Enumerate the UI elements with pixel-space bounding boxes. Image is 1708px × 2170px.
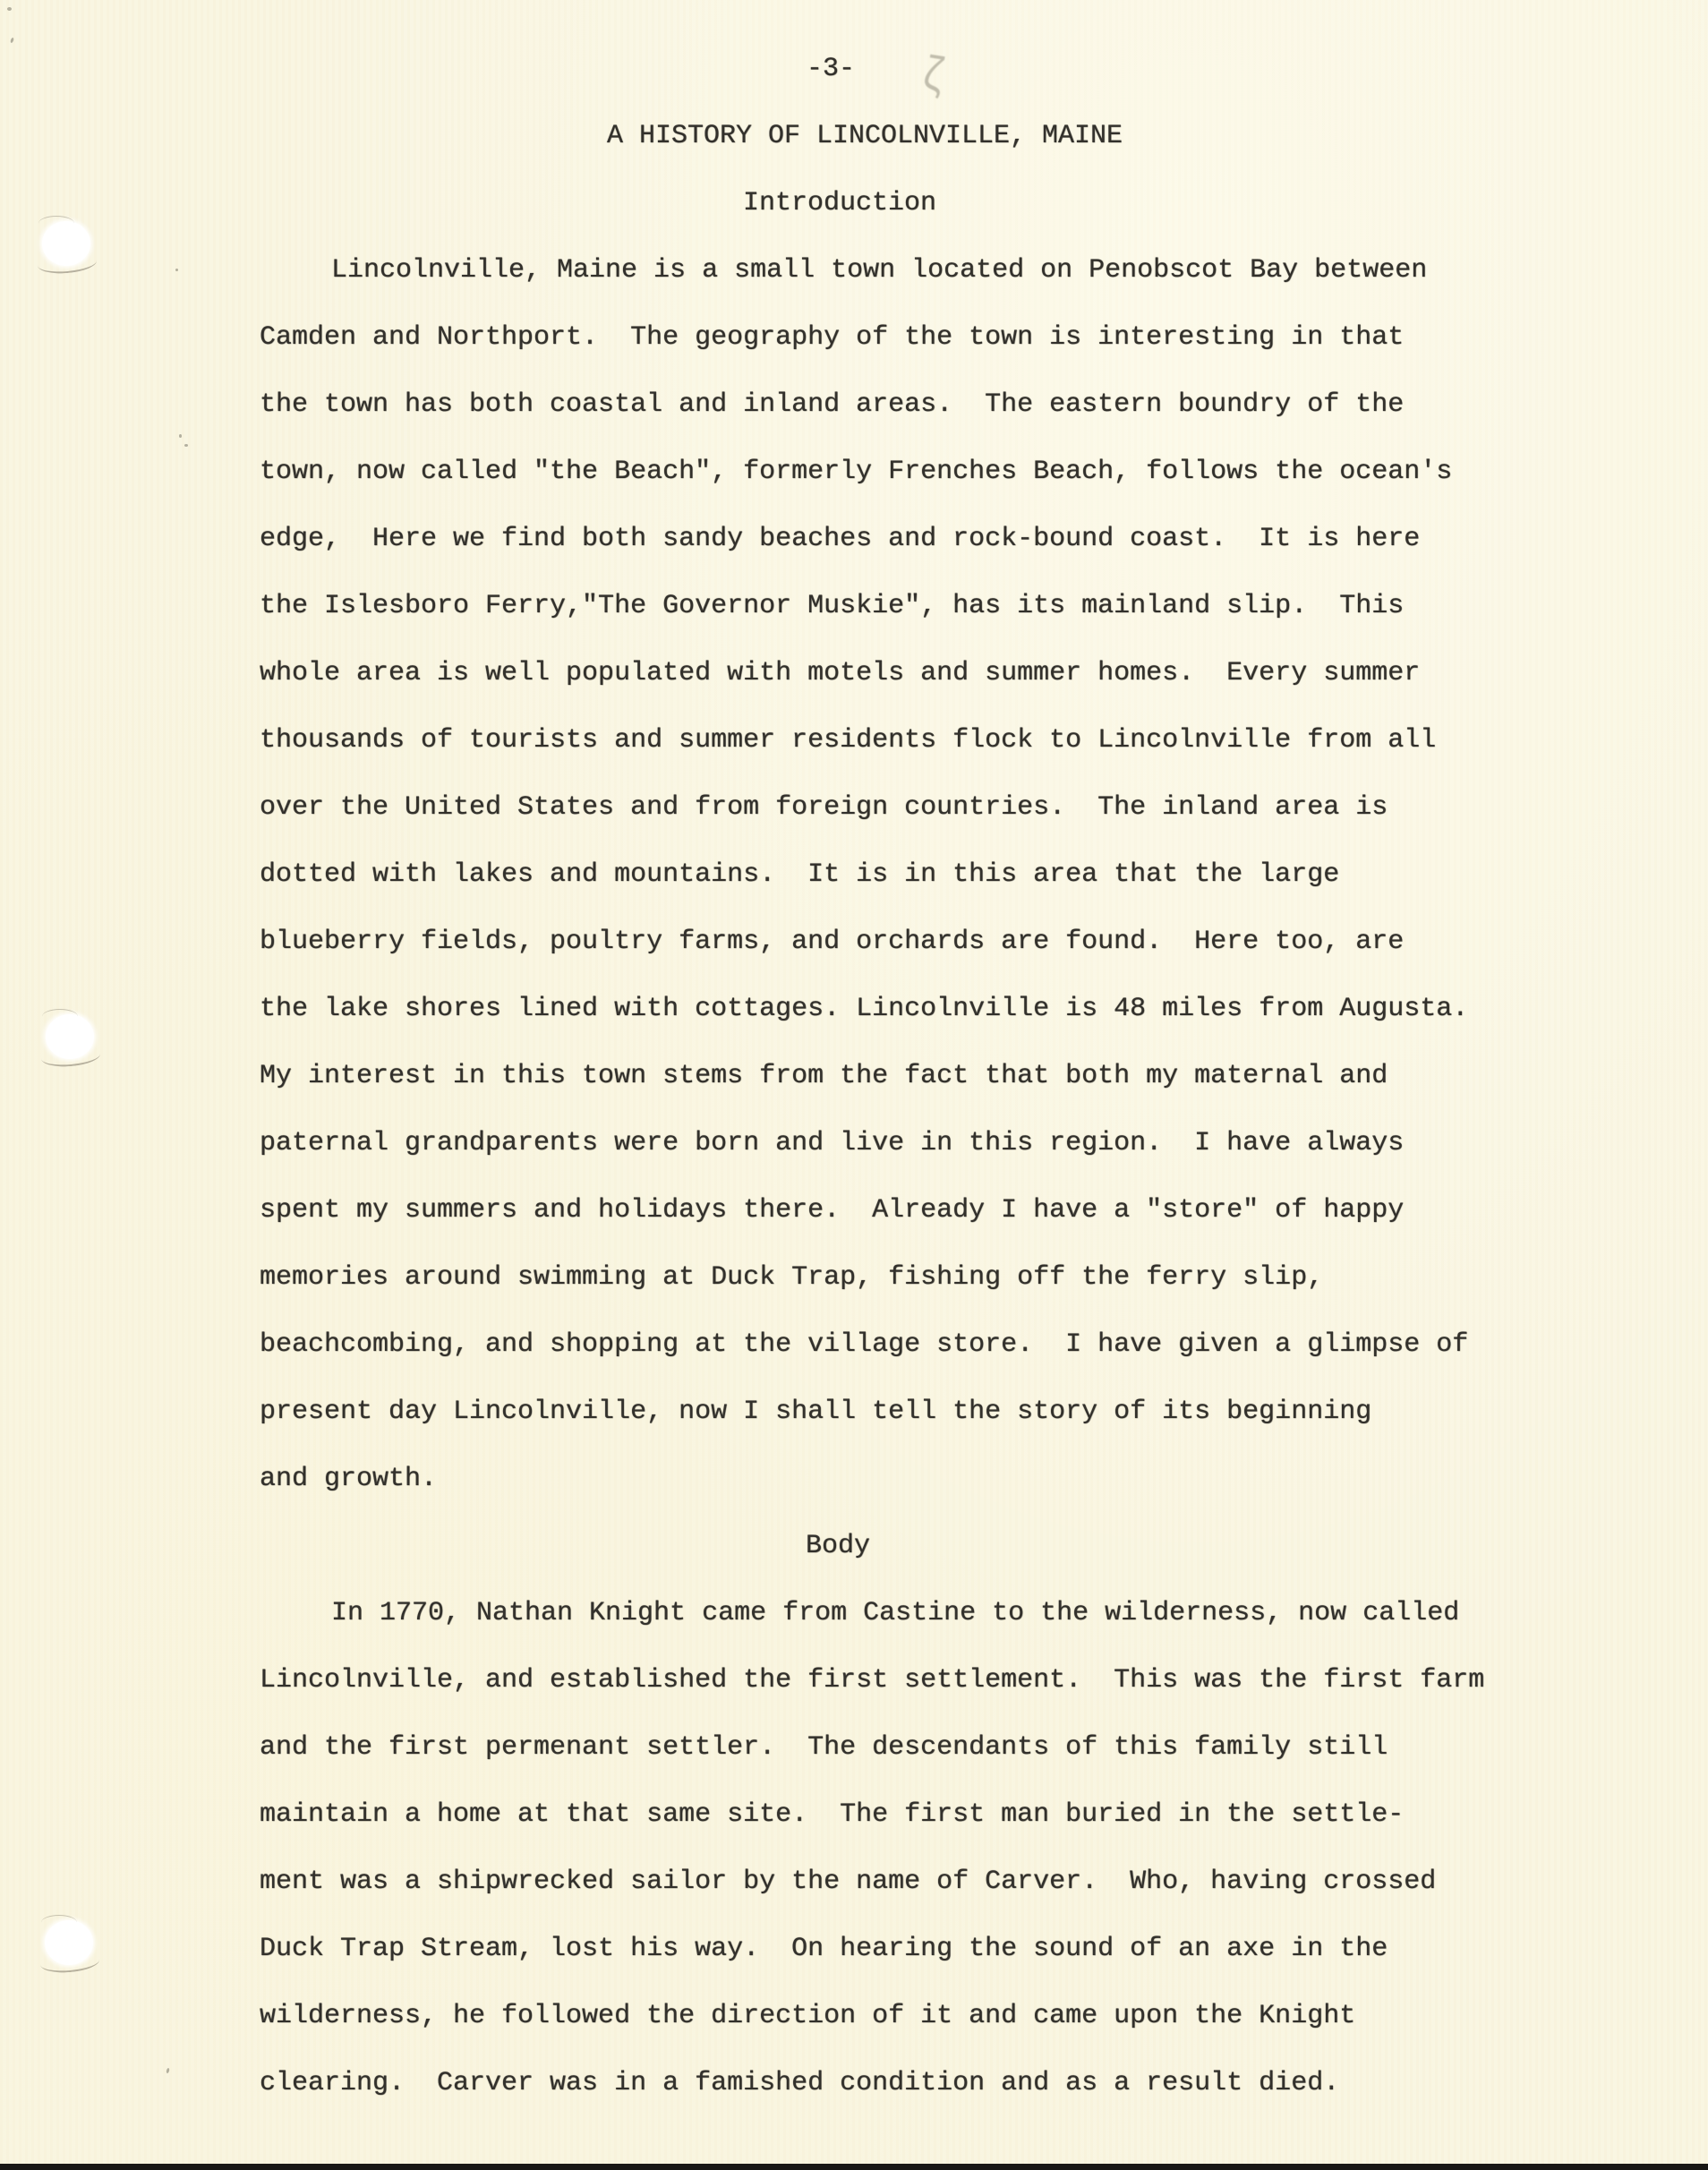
text-line: paternal grandparents were born and live… xyxy=(260,1110,1567,1177)
text-line: the lake shores lined with cottages. Lin… xyxy=(260,976,1567,1043)
text-line: ment was a shipwrecked sailor by the nam… xyxy=(260,1849,1567,1916)
text-line: over the United States and from foreign … xyxy=(260,774,1567,842)
introduction-paragraph: Lincolnville, Maine is a small town loca… xyxy=(260,237,1567,1513)
scanned-document-page: -3- A HISTORY OF LINCOLNVILLE, MAINE Int… xyxy=(0,0,1708,2170)
scan-edge xyxy=(0,2164,1708,2170)
text-line: whole area is well populated with motels… xyxy=(260,640,1567,707)
dust-speck xyxy=(166,2068,169,2074)
section-heading-introduction: Introduction xyxy=(0,170,1694,237)
text-line: the Islesboro Ferry,"The Governor Muskie… xyxy=(260,573,1567,640)
text-line: Lincolnville, and established the first … xyxy=(260,1647,1567,1714)
text-line: edge, Here we find both sandy beaches an… xyxy=(260,506,1567,573)
hole-punch-top xyxy=(42,221,90,266)
hole-punch-bottom xyxy=(45,1920,93,1965)
dust-speck xyxy=(7,7,12,11)
text-line: In 1770, Nathan Knight came from Castine… xyxy=(260,1580,1567,1647)
dust-speck xyxy=(184,444,188,447)
text-line: memories around swimming at Duck Trap, f… xyxy=(260,1244,1567,1311)
section-heading-body: Body xyxy=(0,1513,1692,1580)
dust-speck xyxy=(179,434,182,438)
text-line: beachcombing, and shopping at the villag… xyxy=(260,1311,1567,1379)
text-line: town, now called "the Beach", formerly F… xyxy=(260,439,1567,506)
text-line: present day Lincolnville, now I shall te… xyxy=(260,1379,1567,1446)
text-line: wilderness, he followed the direction of… xyxy=(260,1983,1567,2050)
page-title: A HISTORY OF LINCOLNVILLE, MAINE xyxy=(11,103,1708,170)
page-number: -3- xyxy=(0,36,1685,103)
body-paragraph: In 1770, Nathan Knight came from Castine… xyxy=(260,1580,1567,2117)
text-line: thousands of tourists and summer residen… xyxy=(260,707,1567,774)
text-line: maintain a home at that same site. The f… xyxy=(260,1781,1567,1849)
text-line: and growth. xyxy=(260,1446,1567,1513)
text-line: the town has both coastal and inland are… xyxy=(260,372,1567,439)
dust-speck xyxy=(175,269,178,271)
text-line: My interest in this town stems from the … xyxy=(260,1043,1567,1110)
hole-punch-middle xyxy=(46,1014,94,1059)
text-line: Camden and Northport. The geography of t… xyxy=(260,304,1567,372)
text-line: spent my summers and holidays there. Alr… xyxy=(260,1177,1567,1244)
text-line: dotted with lakes and mountains. It is i… xyxy=(260,842,1567,909)
text-line: blueberry fields, poultry farms, and orc… xyxy=(260,909,1567,976)
text-line: clearing. Carver was in a famished condi… xyxy=(260,2050,1567,2117)
text-line: and the first permenant settler. The des… xyxy=(260,1714,1567,1781)
text-line: Lincolnville, Maine is a small town loca… xyxy=(260,237,1567,304)
text-line: Duck Trap Stream, lost his way. On heari… xyxy=(260,1916,1567,1983)
